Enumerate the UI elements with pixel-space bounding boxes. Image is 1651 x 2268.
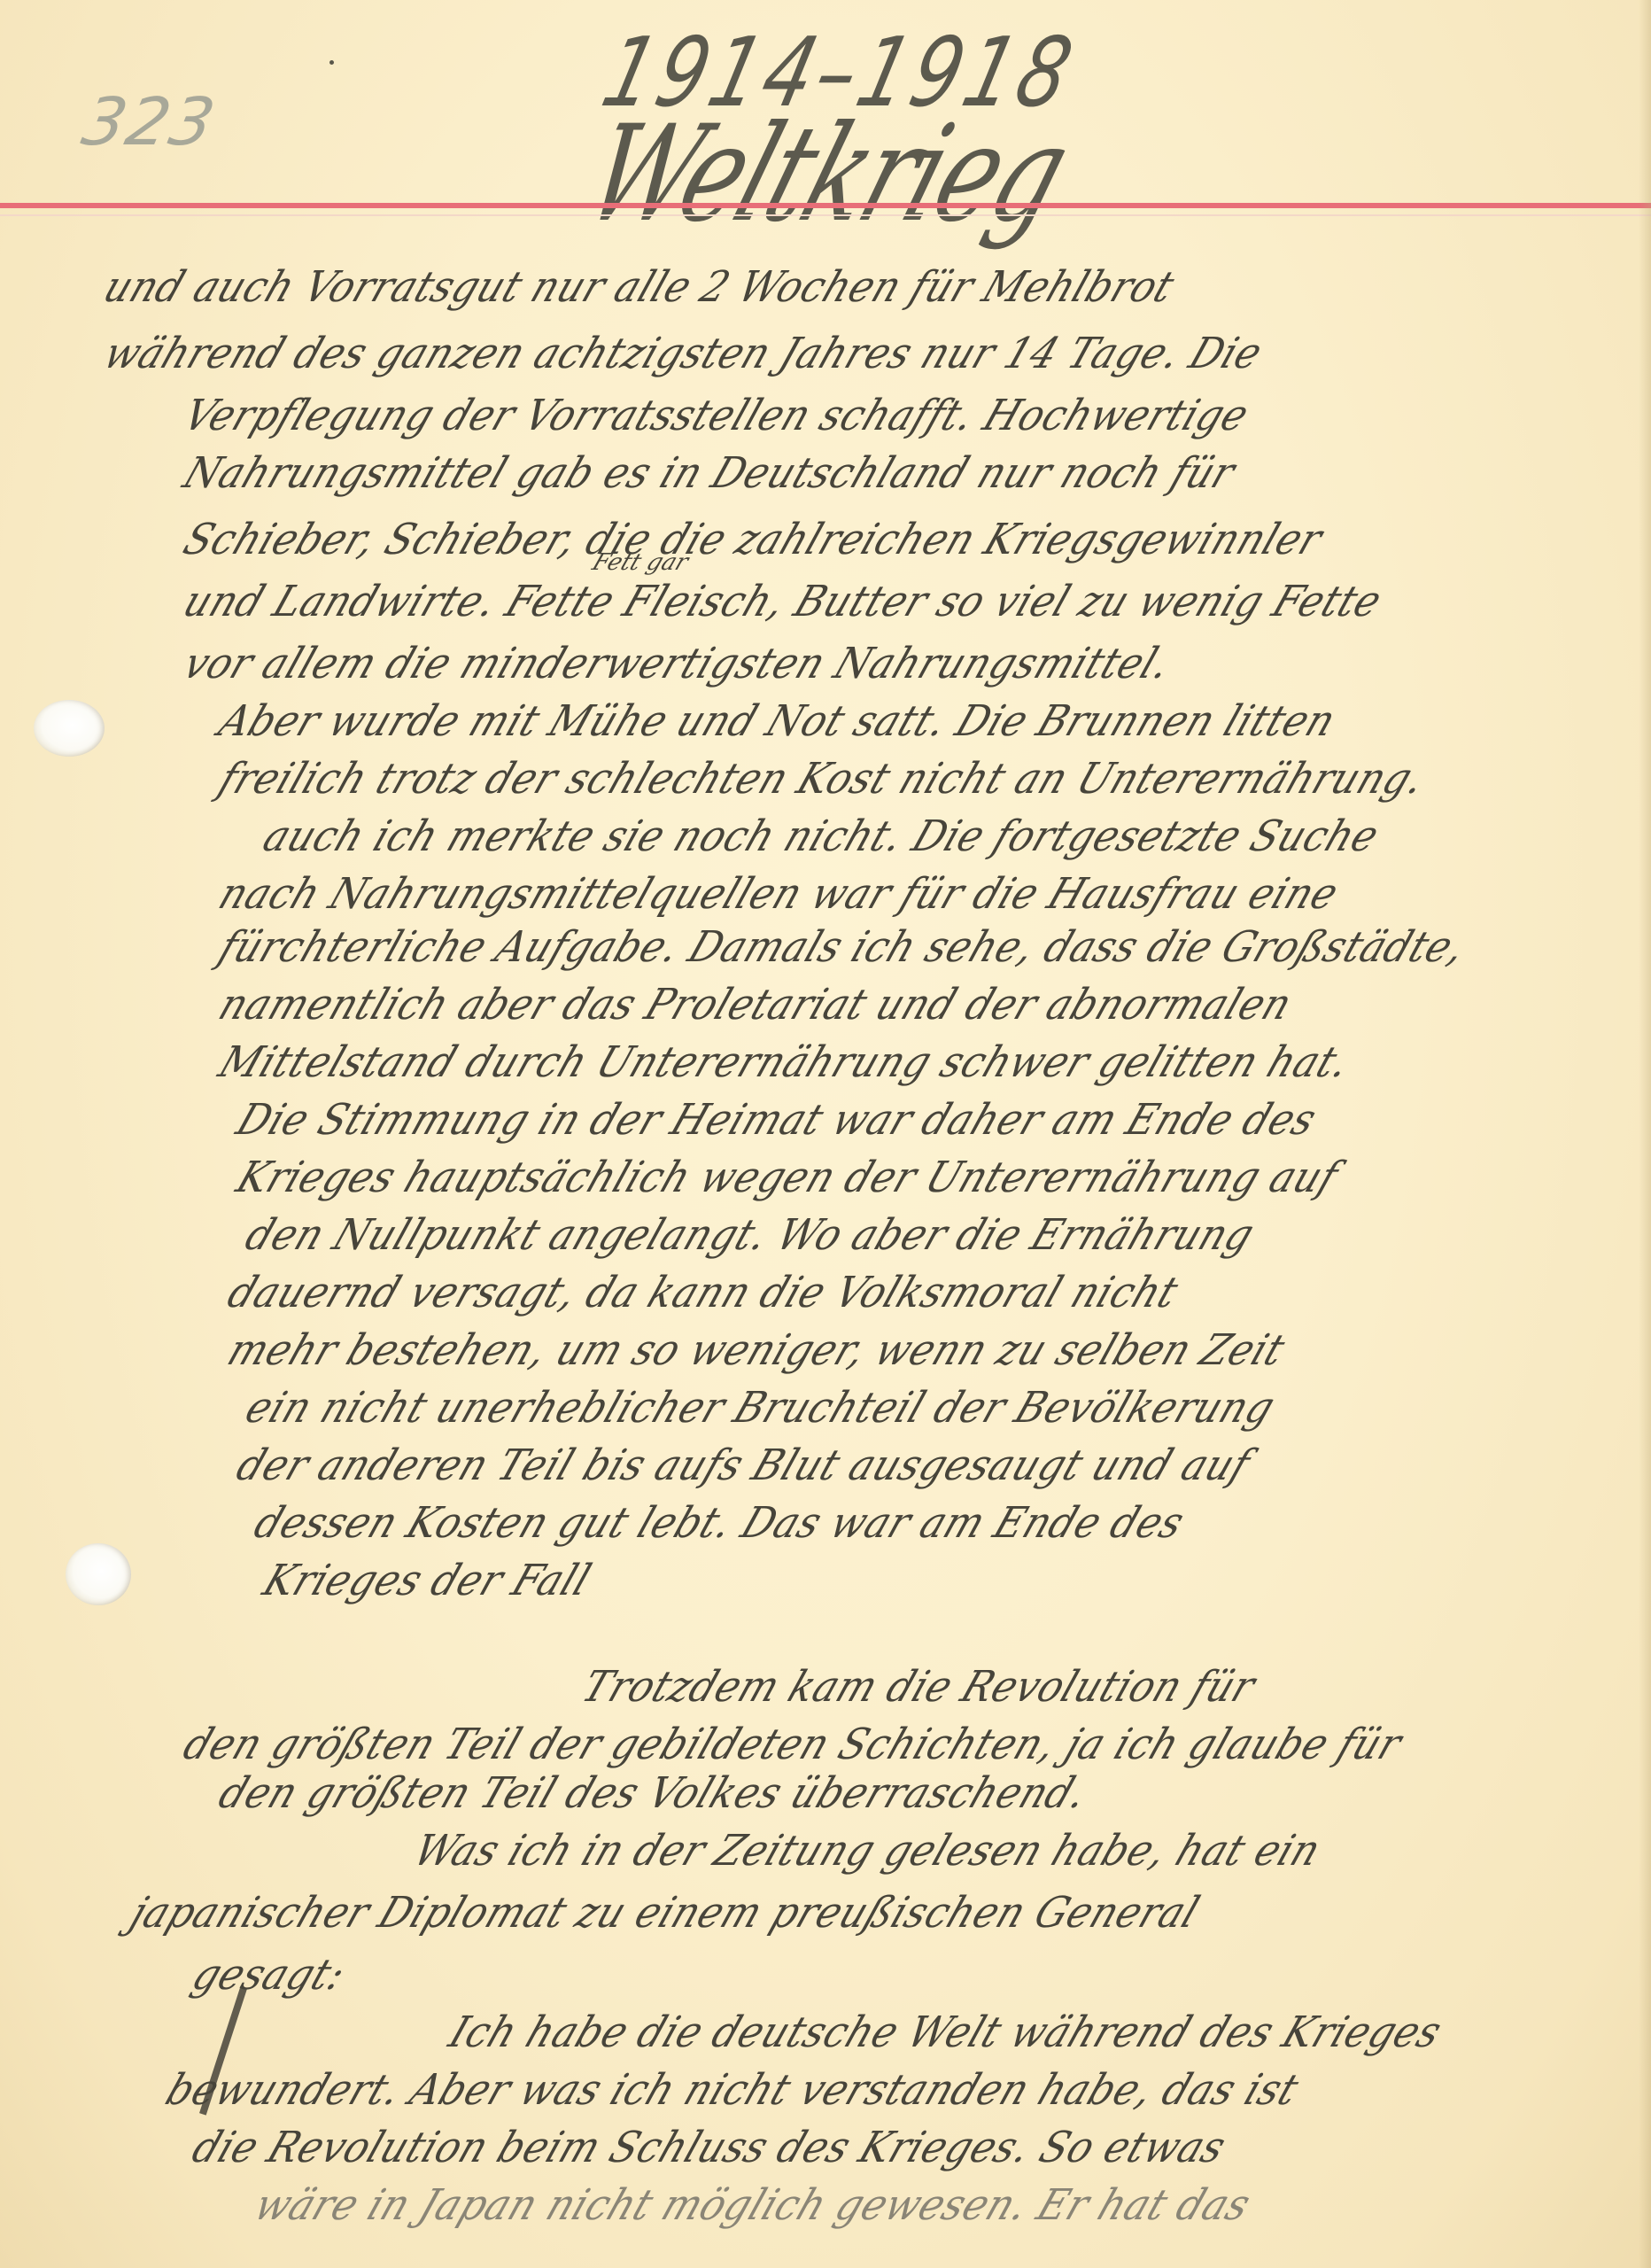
text-line: mehr bestehen, um so weniger, wenn zu se…: [222, 1329, 1291, 1371]
text-line: den größten Teil der gebildeten Schichte…: [178, 1723, 1407, 1766]
text-line: gesagt:: [187, 1953, 351, 1996]
text-line: Krieges der Fall: [258, 1559, 596, 1602]
text-line: Trotzdem kam die Revolution für: [577, 1666, 1260, 1708]
text-line: Was ich in der Zeitung gelesen habe, hat…: [408, 1829, 1326, 1872]
text-line: dauernd versagt, da kann die Volksmoral …: [222, 1271, 1183, 1314]
text-line: Krieges hauptsächlich wegen der Unterern…: [231, 1156, 1344, 1199]
page-number: 323: [76, 84, 223, 160]
document-page: 323 1914–1918 Weltkrieg und auch Vorrats…: [0, 0, 1651, 2268]
page-title: Weltkrieg: [570, 97, 1083, 252]
text-line: freilich trotz der schlechten Kost nicht…: [213, 757, 1430, 800]
text-line: und auch Vorratsgut nur alle 2 Wochen fü…: [98, 266, 1180, 308]
text-line: wäre in Japan nicht möglich gewesen. Er …: [249, 2184, 1256, 2226]
text-line: vor allem die minderwertigsten Nahrungsm…: [178, 642, 1176, 685]
text-line: während des ganzen achtzigsten Jahres nu…: [98, 332, 1267, 375]
text-line: den Nullpunkt angelangt. Wo aber die Ern…: [240, 1214, 1260, 1256]
faint-rule: [0, 214, 1651, 216]
punch-hole-top: [34, 700, 105, 757]
text-line: auch ich merkte sie noch nicht. Die fort…: [258, 815, 1384, 858]
text-line: ein nicht unerheblicher Bruchteil der Be…: [240, 1386, 1280, 1429]
text-line: japanischer Diplomat zu einem preußische…: [125, 1891, 1205, 1934]
text-line: Nahrungsmittel gab es in Deutschland nur…: [178, 452, 1240, 494]
ink-dot: [329, 60, 334, 65]
text-line: dessen Kosten gut lebt. Das war am Ende …: [249, 1502, 1190, 1544]
text-line: bewundert. Aber was ich nicht verstanden…: [160, 2069, 1304, 2111]
text-line: Verpflegung der Vorratsstellen schafft. …: [178, 394, 1254, 437]
text-line: Mittelstand durch Unterernährung schwer …: [213, 1041, 1355, 1084]
text-line: nach Nahrungsmittelquellen war für die H…: [213, 873, 1344, 915]
text-line: den größten Teil des Volkes überraschend…: [213, 1772, 1093, 1814]
inserted-correction: Fett gar: [589, 549, 693, 576]
text-line: Schieber, Schieber, die die zahlreichen …: [178, 518, 1328, 561]
red-margin-rule: [0, 203, 1651, 208]
text-line: Die Stimmung in der Heimat war daher am …: [231, 1099, 1322, 1141]
text-line: namentlich aber das Proletariat und der …: [213, 983, 1298, 1026]
punch-hole-bottom: [66, 1543, 131, 1605]
text-line: Ich habe die deutsche Welt während des K…: [444, 2011, 1447, 2054]
page-edge-shadow: [1639, 0, 1651, 2268]
text-line: der anderen Teil bis aufs Blut ausgesaug…: [231, 1444, 1255, 1487]
text-line: die Revolution beim Schluss des Krieges.…: [187, 2126, 1231, 2169]
text-line: und Landwirte. Fette Fleisch, Butter so …: [178, 580, 1387, 623]
text-line: fürchterliche Aufgabe. Damals ich sehe, …: [213, 926, 1471, 968]
text-line: Aber wurde mit Mühe und Not satt. Die Br…: [213, 700, 1341, 742]
